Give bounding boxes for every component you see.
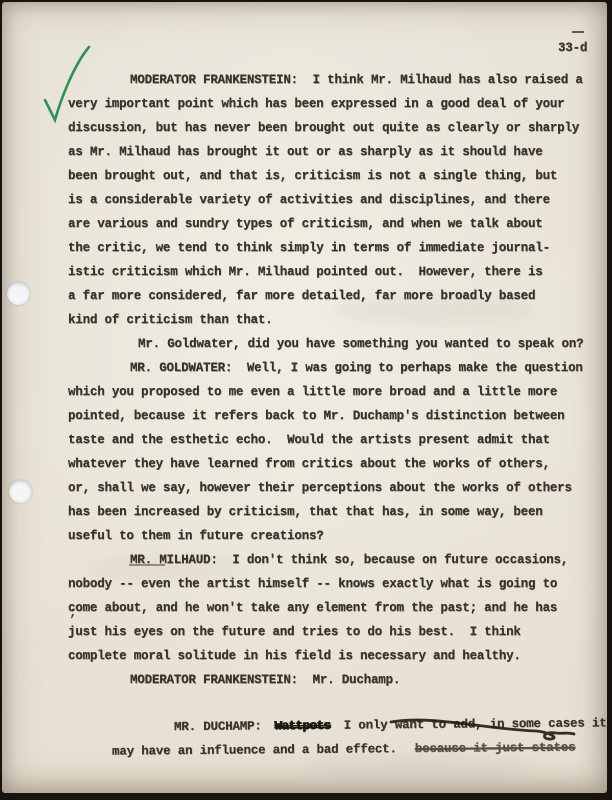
scanned-paper: 33-d MODERATOR FRANKENSTEIN: I think Mr.… — [2, 2, 607, 793]
transcript-line: Mr. Goldwater, did you have something yo… — [68, 332, 588, 356]
transcript-line: been brought out, and that is, criticism… — [68, 164, 588, 188]
transcript-line: nobody -- even the artist himself -- kno… — [68, 572, 588, 596]
stray-semicolon-mark: ; — [69, 606, 77, 620]
pen-underline-mark — [129, 564, 165, 566]
transcript-line: useful to them in future creations? — [68, 524, 588, 548]
transcript-line: istic criticism which Mr. Milhaud pointe… — [68, 260, 588, 284]
page-number: 33-d — [558, 41, 587, 55]
transcript-line: just his eyes on the future and tries to… — [68, 620, 588, 644]
transcript-line: MODERATOR FRANKENSTEIN: I think Mr. Milh… — [68, 68, 588, 92]
transcript-line: pointed, because it refers back to Mr. D… — [68, 404, 588, 428]
line-text: may have an influence and a bad effect. — [112, 742, 397, 758]
pen-strikethrough — [388, 712, 580, 748]
transcript-line: or, shall we say, however their percepti… — [68, 476, 588, 500]
transcript-line: come about, and he won't take any elemen… — [68, 596, 588, 620]
transcript-line: the critic, we tend to think simply in t… — [68, 236, 588, 260]
transcript-line: a far more considered, far more detailed… — [68, 284, 588, 308]
transcript-line: taste and the esthetic echo. Would the a… — [68, 428, 588, 452]
transcript-body: MODERATOR FRANKENSTEIN: I think Mr. Milh… — [68, 68, 588, 740]
transcript-line: whatever they have learned from critics … — [68, 452, 588, 476]
transcript-line: are various and sundry types of criticis… — [68, 212, 588, 236]
hole-punch — [7, 282, 30, 305]
transcript-line: is a considerable variety of activities … — [68, 188, 588, 212]
transcript-line: which you proposed to me even a little m… — [68, 380, 588, 404]
transcript-line: kind of criticism than that. — [68, 308, 588, 332]
transcript-line: complete moral solitude in his field is … — [68, 644, 588, 668]
transcript-line: very important point which has been expr… — [68, 92, 588, 116]
transcript-line: discussion, but has never been brought o… — [68, 116, 588, 140]
hole-punch — [9, 480, 32, 503]
transcript-line: as Mr. Milhaud has brought it out or as … — [68, 140, 588, 164]
transcript-line: MR. GOLDWATER: Well, I was going to perh… — [68, 356, 588, 380]
pen-dash-mark — [572, 31, 584, 33]
transcript-line: has been increased by criticism, that th… — [68, 500, 588, 524]
transcript-line: MR. MILHAUD: I don't think so, because o… — [68, 548, 588, 572]
